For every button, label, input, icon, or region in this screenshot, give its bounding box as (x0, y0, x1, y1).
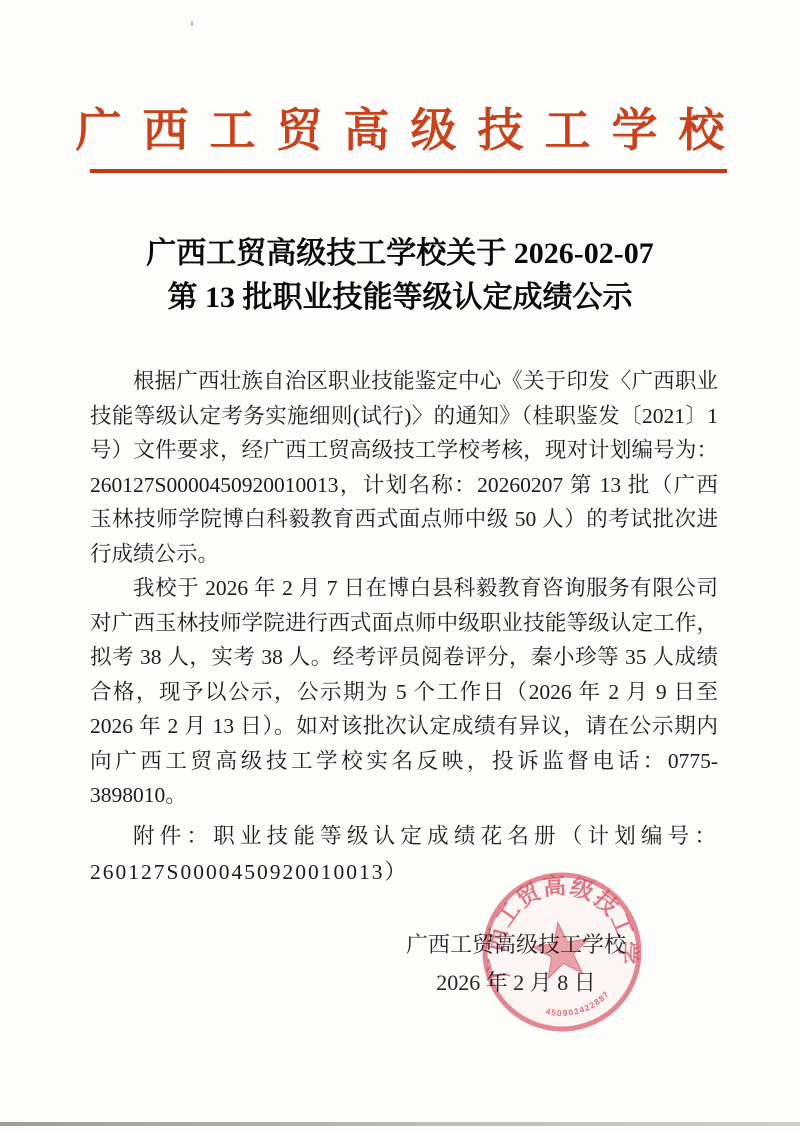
letterhead-rule (90, 169, 727, 173)
attachment-section: 附件：职业技能等级认定成绩花名册（计划编号：260127S00004509200… (90, 818, 718, 890)
document-title-line-2: 第 13 批职业技能等级认定成绩公示 (168, 281, 633, 314)
signature-block: 广西工贸高级技工学校 2026 年 2 月 8 日 (396, 926, 636, 1002)
attachment-note: 附件：职业技能等级认定成绩花名册（计划编号：260127S00004509200… (90, 818, 718, 890)
letterhead-school-name: 广西工贸高级技工学校 (0, 94, 800, 160)
document-title: 广西工贸高级技工学校关于 2026-02-07 第 13 批职业技能等级认定成绩… (0, 232, 800, 320)
document-body: 根据广西壮族自治区职业技能鉴定中心《关于印发〈广西职业技能等级认定考务实施细则(… (90, 364, 718, 813)
scan-speck (191, 21, 193, 26)
signature-school-name: 广西工贸高级技工学校 (396, 926, 636, 964)
scan-edge-shadow (0, 1122, 800, 1126)
paragraph-basis: 根据广西壮族自治区职业技能鉴定中心《关于印发〈广西职业技能等级认定考务实施细则(… (90, 364, 718, 571)
document-page: 广西工贸高级技工学校 广西工贸高级技工学校关于 2026-02-07 第 13 … (0, 0, 800, 1132)
paragraph-results: 我校于 2026 年 2 月 7 日在博白县科毅教育咨询服务有限公司对广西玉林技… (90, 571, 718, 813)
document-title-line-1: 广西工贸高级技工学校关于 2026-02-07 (146, 237, 653, 270)
signature-date: 2026 年 2 月 8 日 (396, 964, 636, 1002)
